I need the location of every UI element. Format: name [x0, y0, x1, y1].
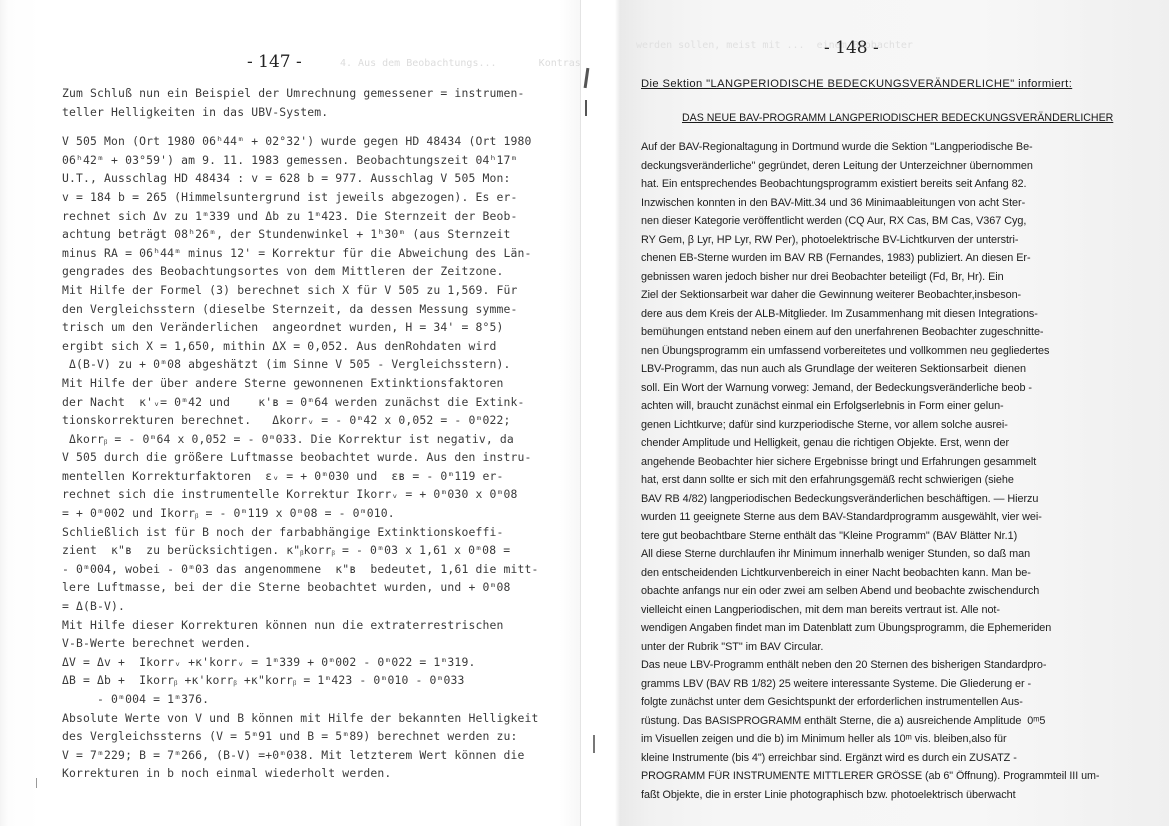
text-line: U.T., Ausschlag HD 48434 : v = 628 b = 9…	[62, 169, 552, 188]
text-line: PROGRAMM FÜR INSTRUMENTE MITTLERER GRÖSS…	[641, 767, 1095, 786]
text-line: hat, erst dann sollte er sich mit den er…	[641, 471, 1099, 490]
text-line: genen Lichtkurve; dafür sind kurzperiodi…	[641, 416, 1099, 435]
text-line: lere Luftmasse, bei der die Sterne beoba…	[62, 578, 552, 597]
text-line: = + 0ᵐ002 und Ikorrᵦ = - 0ᵐ119 x 0ᵐ08 = …	[62, 504, 552, 523]
text-line: den entscheidenden Lichtkurvenbereich in…	[641, 564, 1099, 583]
formula-line: - 0ᵐ004 = 1ᵐ376.	[62, 690, 552, 709]
text-line: Mit Hilfe der Formel (3) berechnet sich …	[62, 281, 552, 300]
article-title: DAS NEUE BAV-PROGRAMM LANGPERIODISCHER B…	[682, 112, 1113, 124]
text-line: chenen EB-Sterne wurden im BAV RB (Ferna…	[641, 249, 1099, 268]
text-line: angehende Beobachter hier sichere Ergebn…	[641, 453, 1099, 472]
text-line: gebnissen waren jedoch bisher nur drei B…	[641, 268, 1099, 287]
text-line: dere aus dem Kreis der ALB-Mitglieder. I…	[641, 305, 1099, 324]
right-page-body: Auf der BAV-Regionaltagung in Dortmund w…	[641, 138, 1101, 804]
text-line: vielleicht einen Langperiodischen, mit d…	[641, 601, 1099, 620]
text-line: = Δ(B-V).	[62, 597, 552, 616]
text-line: Mit Hilfe dieser Korrekturen können nun …	[62, 616, 552, 635]
text-line: wurden 11 geeignete Sterne aus dem BAV-S…	[641, 508, 1099, 527]
text-line: hat. Ein entsprechendes Beobachtungsprog…	[641, 175, 1099, 194]
text-line: Mit Hilfe der über andere Sterne gewonne…	[62, 374, 552, 393]
text-line: rechnet sich Δv zu 1ᵐ339 und Δb zu 1ᵐ423…	[62, 207, 552, 226]
text-line: BAV RB 4/82) langperiodischen Bedeckungs…	[641, 490, 1099, 509]
left-page: - 147 - 4. Aus dem Beobachtungs... Kontr…	[0, 0, 580, 826]
page-number: - 147 -	[247, 52, 302, 72]
scan-artifact	[593, 735, 595, 753]
text-line: V-B-Werte berechnet werden.	[62, 634, 552, 653]
text-line: chender Amplitude und Helligkeit, genau …	[641, 434, 1099, 453]
text-line: minus RA = 06ʰ44ᵐ minus 12' = Korrektur …	[62, 244, 552, 263]
text-line: Auf der BAV-Regionaltagung in Dortmund w…	[641, 138, 1099, 157]
text-line: achtung beträgt 08ʰ26ᵐ, der Stundenwinke…	[62, 225, 552, 244]
text-line: - 0ᵐ004, wobei - 0ᵐ03 das angenommene κ"…	[62, 560, 552, 579]
text-line: nen Übungsprogramm ein umfassend vorbere…	[641, 342, 1099, 361]
formula-line: ΔB = Δb + Ikorrᵦ +κ'korrᵦ +κ"korrᵦ = 1ᵐ4…	[62, 671, 552, 690]
text-line: trisch um den Veränderlichen angeordnet …	[62, 318, 552, 337]
text-line: deckungsveränderliche" gegründet, deren …	[641, 157, 1099, 176]
text-line: nen dieser Kategorie veröffentlicht werd…	[641, 212, 1099, 231]
text-line: Zum Schluß nun ein Beispiel der Umrechnu…	[62, 84, 552, 103]
text-line: den Vergleichsstern (dieselbe Sternzeit,…	[62, 300, 552, 319]
text-line: gramms LBV (BAV RB 1/82) 25 weitere inte…	[641, 675, 1099, 694]
text-line: wendigen Angaben findet man im Datenblat…	[641, 619, 1099, 638]
left-page-body: Zum Schluß nun ein Beispiel der Umrechnu…	[62, 84, 552, 783]
text-line: folgte zunächst unter dem Gesichtspunkt …	[641, 693, 1099, 712]
scan-artifact	[585, 100, 587, 116]
text-line: mentellen Korrekturfaktoren εᵥ = + 0ᵐ030…	[62, 467, 552, 486]
text-line: RY Gem, β Lyr, HP Lyr, RW Per), photoele…	[641, 231, 1099, 250]
paragraph-gap	[62, 121, 552, 132]
text-line: Inzwischen konnten in den BAV-Mitt.34 un…	[641, 194, 1099, 213]
text-line: im Visuellen zeigen und die b) im Minimu…	[641, 730, 1099, 749]
text-line: bemühungen entstand neben einem auf den …	[641, 323, 1099, 342]
scan-artifact	[36, 778, 37, 788]
text-line: Das neue LBV-Programm enthält neben den …	[641, 656, 1099, 675]
text-line: tere gut beobachtbare Sterne enthält das…	[641, 527, 1099, 546]
text-line: teller Helligkeiten in das UBV-System.	[62, 103, 552, 122]
text-line: obachte anfangs nur ein oder zwei am sel…	[641, 582, 1099, 601]
page-gutter	[580, 0, 581, 826]
text-line: soll. Ein Wort der Warnung vorweg: Jeman…	[641, 379, 1099, 398]
text-line: Δkorrᵦ = - 0ᵐ64 x 0,052 = - 0ᵐ033. Die K…	[62, 430, 552, 449]
text-line: zient κ"ʙ zu berücksichtigen. κ"ᵦkorrᵦ =…	[62, 541, 552, 560]
text-line: achten will, braucht zunächst einmal ein…	[641, 397, 1099, 416]
text-line: All diese Sterne durchlaufen ihr Minimum…	[641, 545, 1099, 564]
page-number: - 148 -	[824, 38, 879, 58]
text-line: V 505 Mon (Ort 1980 06ʰ44ᵐ + 02°32') wur…	[62, 132, 552, 151]
text-line: V 505 durch die größere Luftmasse beobac…	[62, 448, 552, 467]
text-line: V = 7ᵐ229; B = 7ᵐ266, (B-V) =+0ᵐ038. Mit…	[62, 746, 552, 765]
text-line: Korrekturen in b noch einmal wiederholt …	[62, 764, 552, 783]
text-line: LBV-Programm, das nun auch als Grundlage…	[641, 360, 1099, 379]
text-line: rüstung. Das BASISPROGRAMM enthält Stern…	[641, 712, 1099, 731]
text-line: unter der Rubrik "ST" im BAV Circular.	[641, 638, 1101, 657]
text-line: der Nacht κ'ᵥ= 0ᵐ42 und κ'ʙ = 0ᵐ64 werde…	[62, 393, 552, 412]
text-line: Δ(B-V) zu + 0ᵐ08 abgeshätzt (im Sinne V …	[62, 355, 552, 374]
scan-artifact	[584, 68, 590, 88]
text-line: Ziel der Sektionsarbeit war daher die Ge…	[641, 286, 1099, 305]
text-line: gengrades des Beobachtungsortes von dem …	[62, 262, 552, 281]
section-heading: Die Sektion "LANGPERIODISCHE BEDECKUNGSV…	[641, 78, 1072, 90]
text-line: ergibt sich X = 1,650, mithin ΔX = 0,052…	[62, 337, 552, 356]
text-line: Schließlich ist für B noch der farbabhän…	[62, 523, 552, 542]
text-line: tionskorrekturen berechnet. Δkorrᵥ = - 0…	[62, 411, 552, 430]
text-line: v = 184 b = 265 (Himmelsuntergrund ist j…	[62, 188, 552, 207]
formula-line: ΔV = Δv + Ikorrᵥ +κ'korrᵥ = 1ᵐ339 + 0ᵐ00…	[62, 653, 552, 672]
text-line: rechnet sich die instrumentelle Korrektu…	[62, 485, 552, 504]
text-line: Absolute Werte von V und B können mit Hi…	[62, 709, 552, 728]
text-line: des Vergleichssterns (V = 5ᵐ91 und B = 5…	[62, 727, 552, 746]
text-line: faßt Objekte, die in erster Linie photog…	[641, 786, 1099, 805]
text-line: 06ʰ42ᵐ + 03°59') am 9. 11. 1983 gemessen…	[62, 151, 552, 170]
text-line: kleine Instrumente (bis 4") erreichbar s…	[641, 749, 1099, 768]
